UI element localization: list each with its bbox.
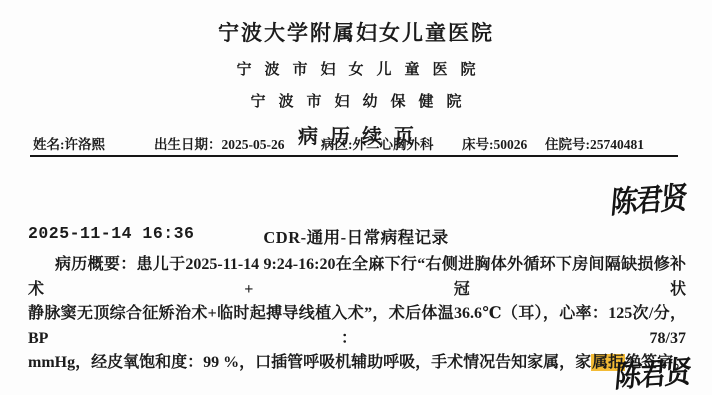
note-line-2: 静脉窦无顶综合征矫治术+临时起搏导线植入术”，术后体温36.6℃（耳），心率：1…	[28, 302, 686, 351]
patient-name-label: 姓名:	[33, 137, 65, 152]
patient-dob-value: 2025-05-26	[222, 137, 285, 152]
patient-bed-value: 50026	[494, 137, 528, 152]
patient-admission-value: 25740481	[590, 137, 644, 152]
patient-name-value: 许洛熙	[65, 137, 106, 152]
patient-admission-field: 住院号:25740481	[545, 133, 644, 153]
note-line-3: mmHg，经皮氧饱和度：99 %，口插管呼吸机辅助呼吸，手术情况告知家属，家属拒…	[28, 351, 686, 376]
summary-label: 病历概要：	[55, 256, 137, 273]
patient-dob-label: 出生日期：	[154, 137, 222, 152]
hospital-letterhead: 宁波大学附属妇女儿童医院 宁波市妇女儿童医院 宁波市妇幼保健院 病历续页	[0, 0, 712, 149]
medical-record-page: 宁波大学附属妇女儿童医院 宁波市妇女儿童医院 宁波市妇幼保健院 病历续页 姓名:…	[0, 0, 712, 395]
note-line-3-pre: mmHg，经皮氧饱和度：99 %，口插管呼吸机辅助呼吸，手术情况告知家属，家	[28, 354, 591, 371]
patient-dob-field: 出生日期：2025-05-26	[154, 133, 285, 153]
hospital-name-primary: 宁波大学附属妇女儿童医院	[0, 17, 712, 47]
patient-admission-label: 住院号:	[545, 137, 590, 152]
doctor-signature-top: 陈君贤	[609, 173, 688, 222]
patient-ward-value: 外二心胸外科	[353, 137, 434, 152]
patient-ward-label: 病区:	[321, 137, 353, 152]
record-header: 2025-11-14 16:36 CDR-通用-日常病程记录	[28, 224, 684, 244]
note-line-2-text: 静脉窦无顶综合征矫治术+临时起搏导线植入术”，术后体温36.6℃（耳），心率：1…	[28, 305, 686, 347]
note-line-1: 病历概要：患儿于2025-11-14 9:24-16:20在全麻下行“右侧进胸体…	[28, 253, 686, 302]
doctor-signature-bottom: 陈君贤	[613, 347, 692, 395]
patient-bed-label: 床号:	[462, 137, 494, 152]
hospital-name-tertiary: 宁波市妇幼保健院	[0, 90, 712, 111]
patient-name-field: 姓名:许洛熙	[33, 133, 105, 153]
progress-note: 病历概要：患儿于2025-11-14 9:24-16:20在全麻下行“右侧进胸体…	[28, 253, 686, 376]
patient-bed-field: 床号:50026	[462, 133, 527, 153]
patient-ward-field: 病区:外二心胸外科	[321, 133, 434, 153]
record-type-title: CDR-通用-日常病程记录	[28, 224, 684, 248]
patient-info-bar: 姓名:许洛熙 出生日期：2025-05-26 病区:外二心胸外科 床号:5002…	[30, 133, 678, 157]
hospital-name-secondary: 宁波市妇女儿童医院	[0, 58, 712, 79]
